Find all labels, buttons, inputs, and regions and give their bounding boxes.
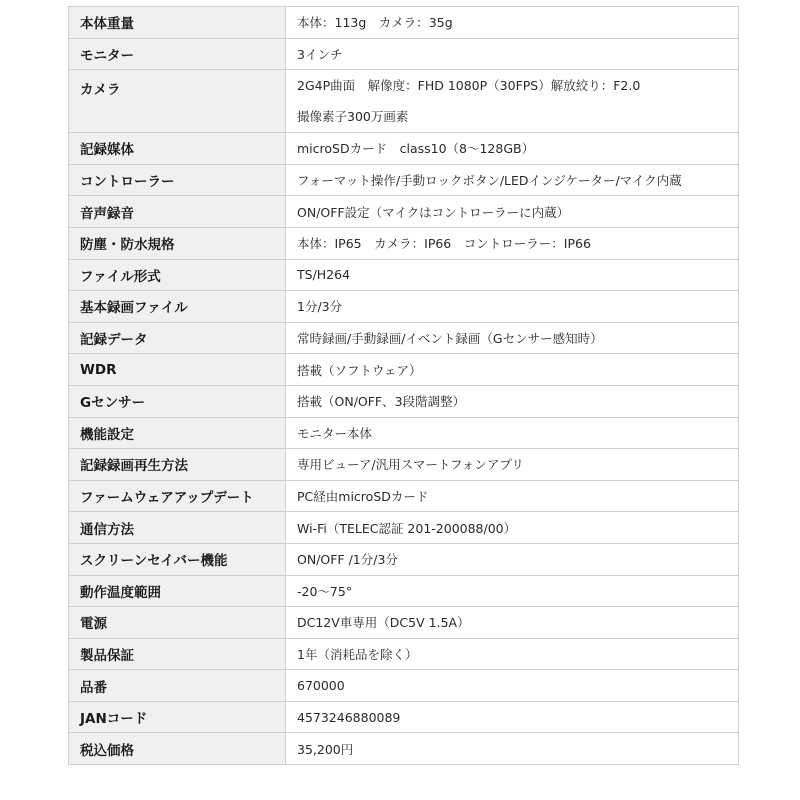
spec-label: ファームウェアアップデート [69,480,286,512]
spec-row-jan-code: JANコード 4573246880089 [69,701,739,733]
spec-value: 本体：IP65 カメラ：IP66 コントローラー：IP66 [286,227,739,259]
spec-label: 機能設定 [69,417,286,449]
spec-row-gsensor: Gセンサー 搭載（ON/OFF、3段階調整） [69,385,739,417]
spec-value-line: 撮像素子300万画素 [297,101,727,132]
spec-value: 4573246880089 [286,701,739,733]
spec-row-model-number: 品番 670000 [69,670,739,702]
spec-row-firmware: ファームウェアアップデート PC経由microSDカード [69,480,739,512]
spec-label: ファイル形式 [69,259,286,291]
spec-value: ON/OFF /1分/3分 [286,543,739,575]
spec-table: 本体重量 本体：113g カメラ：35g モニター 3インチ カメラ 2G4P曲… [68,6,739,765]
spec-value: microSDカード class10（8〜128GB） [286,133,739,165]
spec-row-price: 税込価格 35,200円 [69,733,739,765]
spec-row-audio: 音声録音 ON/OFF設定（マイクはコントローラーに内蔵） [69,196,739,228]
spec-row-warranty: 製品保証 1年（消耗品を除く） [69,638,739,670]
spec-label: Gセンサー [69,385,286,417]
spec-value: ON/OFF設定（マイクはコントローラーに内蔵） [286,196,739,228]
spec-label: 記録録画再生方法 [69,449,286,481]
spec-row-playback: 記録録画再生方法 専用ビューア/汎用スマートフォンアプリ [69,449,739,481]
spec-value: PC経由microSDカード [286,480,739,512]
spec-label: カメラ [69,70,286,133]
spec-label: 記録媒体 [69,133,286,165]
spec-label: JANコード [69,701,286,733]
spec-value: DC12V車専用（DC5V 1.5A） [286,607,739,639]
spec-value: 3インチ [286,38,739,70]
spec-row-controller: コントローラー フォーマット操作/手動ロックボタン/LEDインジケーター/マイク… [69,164,739,196]
spec-value: 670000 [286,670,739,702]
spec-value: モニター本体 [286,417,739,449]
spec-row-camera: カメラ 2G4P曲面 解像度：FHD 1080P（30FPS）解放絞り：F2.0… [69,70,739,133]
spec-row-recording-file: 基本録画ファイル 1分/3分 [69,291,739,323]
spec-value: TS/H264 [286,259,739,291]
spec-label: 音声録音 [69,196,286,228]
spec-row-wdr: WDR 搭載（ソフトウェア） [69,354,739,386]
spec-label: 動作温度範囲 [69,575,286,607]
spec-label: WDR [69,354,286,386]
spec-row-screensaver: スクリーンセイバー機能 ON/OFF /1分/3分 [69,543,739,575]
spec-value: 専用ビューア/汎用スマートフォンアプリ [286,449,739,481]
spec-value: フォーマット操作/手動ロックボタン/LEDインジケーター/マイク内蔵 [286,164,739,196]
spec-label: 税込価格 [69,733,286,765]
spec-label: スクリーンセイバー機能 [69,543,286,575]
spec-value: Wi-Fi（TELEC認証 201-200088/00） [286,512,739,544]
spec-value-line: 2G4P曲面 解像度：FHD 1080P（30FPS）解放絞り：F2.0 [297,70,727,101]
spec-value: 35,200円 [286,733,739,765]
spec-value: 常時録画/手動録画/イベント録画（Gセンサー感知時） [286,322,739,354]
spec-label: 本体重量 [69,7,286,39]
spec-label: 電源 [69,607,286,639]
spec-label: モニター [69,38,286,70]
spec-row-communication: 通信方法 Wi-Fi（TELEC認証 201-200088/00） [69,512,739,544]
spec-label: 通信方法 [69,512,286,544]
spec-label: 記録データ [69,322,286,354]
spec-label: コントローラー [69,164,286,196]
spec-row-power: 電源 DC12V車専用（DC5V 1.5A） [69,607,739,639]
spec-value: 1分/3分 [286,291,739,323]
spec-label: 基本録画ファイル [69,291,286,323]
spec-row-media: 記録媒体 microSDカード class10（8〜128GB） [69,133,739,165]
spec-label: 品番 [69,670,286,702]
spec-value: -20〜75° [286,575,739,607]
spec-value: 搭載（ソフトウェア） [286,354,739,386]
spec-row-weight: 本体重量 本体：113g カメラ：35g [69,7,739,39]
spec-value: 搭載（ON/OFF、3段階調整） [286,385,739,417]
spec-value: 2G4P曲面 解像度：FHD 1080P（30FPS）解放絞り：F2.0 撮像素… [286,70,739,133]
spec-label: 防塵・防水規格 [69,227,286,259]
spec-value: 本体：113g カメラ：35g [286,7,739,39]
spec-row-monitor: モニター 3インチ [69,38,739,70]
spec-label: 製品保証 [69,638,286,670]
spec-row-settings: 機能設定 モニター本体 [69,417,739,449]
spec-value: 1年（消耗品を除く） [286,638,739,670]
spec-row-file-format: ファイル形式 TS/H264 [69,259,739,291]
spec-row-waterproof: 防塵・防水規格 本体：IP65 カメラ：IP66 コントローラー：IP66 [69,227,739,259]
spec-row-record-data: 記録データ 常時録画/手動録画/イベント録画（Gセンサー感知時） [69,322,739,354]
spec-row-temperature: 動作温度範囲 -20〜75° [69,575,739,607]
